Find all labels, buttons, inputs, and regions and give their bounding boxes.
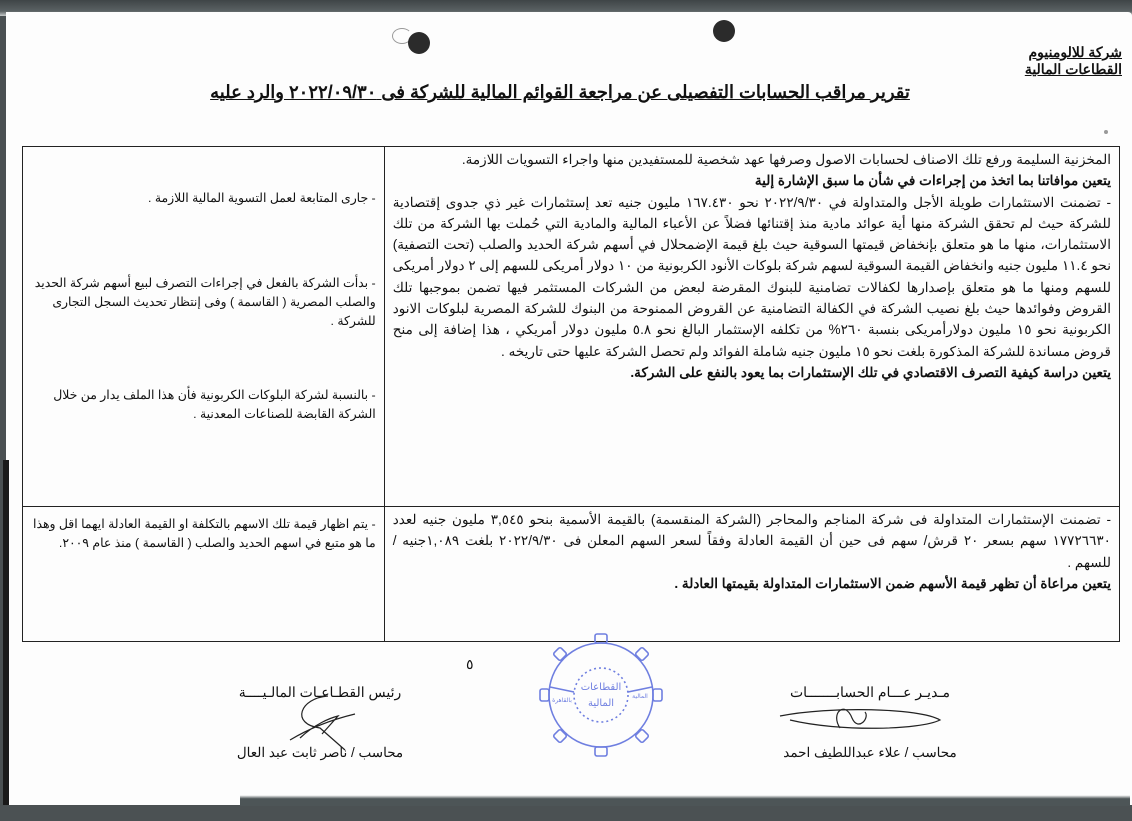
department-name: القطاعات المالية: [1025, 61, 1122, 78]
stamp-inner-line2: المالية: [588, 698, 614, 709]
reply-text: - يتم اظهار قيمة تلك الاسهم بالتكلفة او …: [31, 515, 376, 553]
auditor-finding-cell: - تضمنت الإستثمارات المتداولة فى شركة ال…: [384, 507, 1119, 642]
signature-accounts-manager: مـديـر عـــام الحسابـــــــات محاسب / عل…: [740, 684, 1000, 761]
auditor-finding-cell: المخزنية السليمة ورفع تلك الاصناف لحسابا…: [384, 147, 1119, 507]
punch-hole-icon: [713, 20, 735, 42]
reply-text: - جارى المتابعة لعمل التسوية المالية الل…: [31, 189, 376, 208]
letterhead: شركة للالومنيوم القطاعات المالية: [1025, 44, 1122, 78]
table-row: - تضمنت الإستثمارات المتداولة فى شركة ال…: [23, 507, 1120, 642]
findings-table: المخزنية السليمة ورفع تلك الاصناف لحسابا…: [22, 146, 1120, 642]
finding-text: - تضمنت الإستثمارات المتداولة فى شركة ال…: [393, 509, 1111, 573]
company-stamp-icon: القطاعات المالية بالقاهرة المالية: [538, 632, 664, 758]
scan-speck: [1104, 130, 1108, 134]
finding-text: المخزنية السليمة ورفع تلك الاصناف لحسابا…: [393, 149, 1111, 170]
signer-name: محاسب / علاء عبداللطيف احمد: [740, 745, 1000, 761]
punch-hole-icon: [408, 32, 430, 54]
stamp-inner-line1: القطاعات: [581, 682, 622, 693]
reply-text: - بدأت الشركة بالفعل في إجراءات التصرف ل…: [31, 274, 376, 331]
finding-requirement: يتعين دراسة كيفية التصرف الاقتصادي في تل…: [393, 362, 1111, 383]
stamp-side-left: بالقاهرة: [552, 697, 572, 704]
reply-text: - بالنسبة لشركة البلوكات الكربونية فأن ه…: [31, 386, 376, 424]
page-number: ٥: [466, 656, 474, 673]
document-title: تقرير مراقب الحسابات التفصيلى عن مراجعة …: [210, 82, 910, 103]
finding-requirement: يتعين موافاتنا بما اتخذ من إجراءات في شأ…: [393, 170, 1111, 191]
handwritten-signature-icon: [770, 698, 950, 738]
page-left-edge-shadow: [3, 460, 9, 805]
company-name: شركة للالومنيوم: [1025, 44, 1122, 61]
table-row: المخزنية السليمة ورفع تلك الاصناف لحسابا…: [23, 147, 1120, 507]
page-bottom-curl: [240, 788, 1130, 806]
company-reply-cell: - يتم اظهار قيمة تلك الاسهم بالتكلفة او …: [23, 507, 385, 642]
handwritten-signature-icon: [260, 694, 370, 754]
stamp-side-right: المالية: [632, 693, 648, 700]
company-reply-cell: - جارى المتابعة لعمل التسوية المالية الل…: [23, 147, 385, 507]
scanner-bottom-bar: [0, 806, 1132, 821]
finding-requirement: يتعين مراعاة أن تظهر قيمة الأسهم ضمن الا…: [393, 573, 1111, 594]
finding-text: - تضمنت الاستثمارات طويلة الأجل والمتداو…: [393, 192, 1111, 362]
signature-financial-head: رئيس القطـاعـات المالـيــــة محاسب / ناص…: [200, 684, 440, 761]
